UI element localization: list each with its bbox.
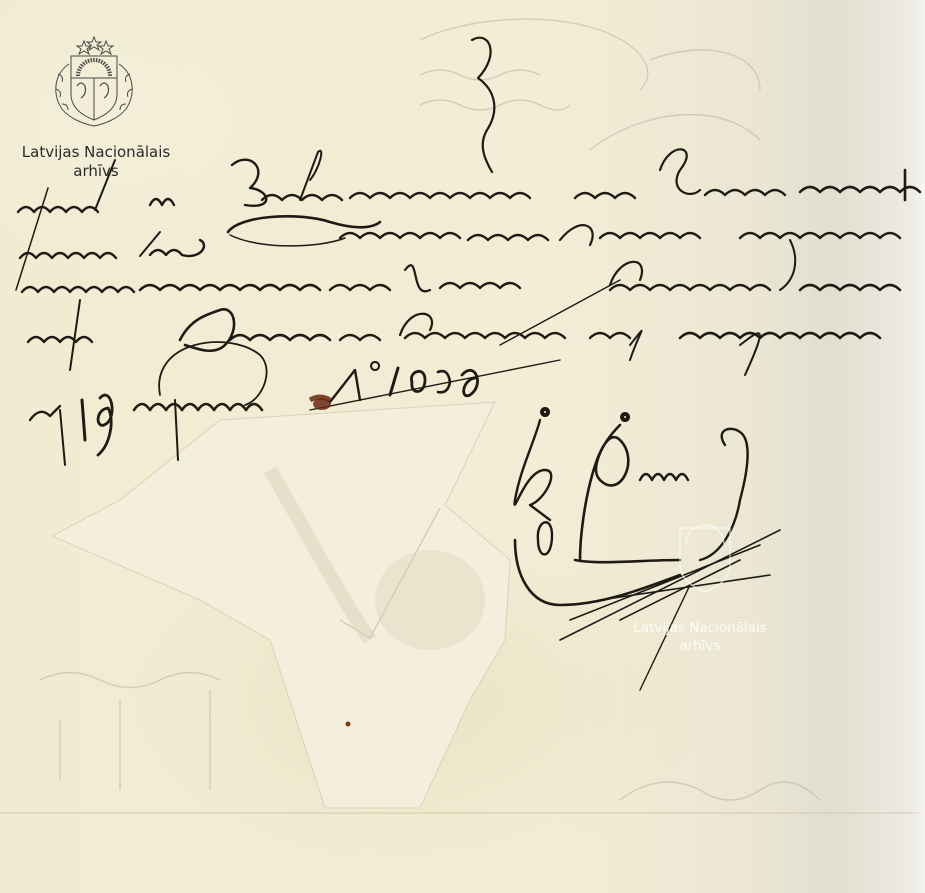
document-scan: Latvijas Nacionālais arhīvs Latvijas Nac…: [0, 0, 925, 893]
overlay-emblem-watermark: [0, 0, 925, 893]
overlay-watermark-line2: arhīvs: [612, 637, 788, 655]
overlay-watermark-line1: Latvijas Nacionālais: [612, 619, 788, 637]
overlay-watermark-text: Latvijas Nacionālais arhīvs: [612, 619, 788, 655]
